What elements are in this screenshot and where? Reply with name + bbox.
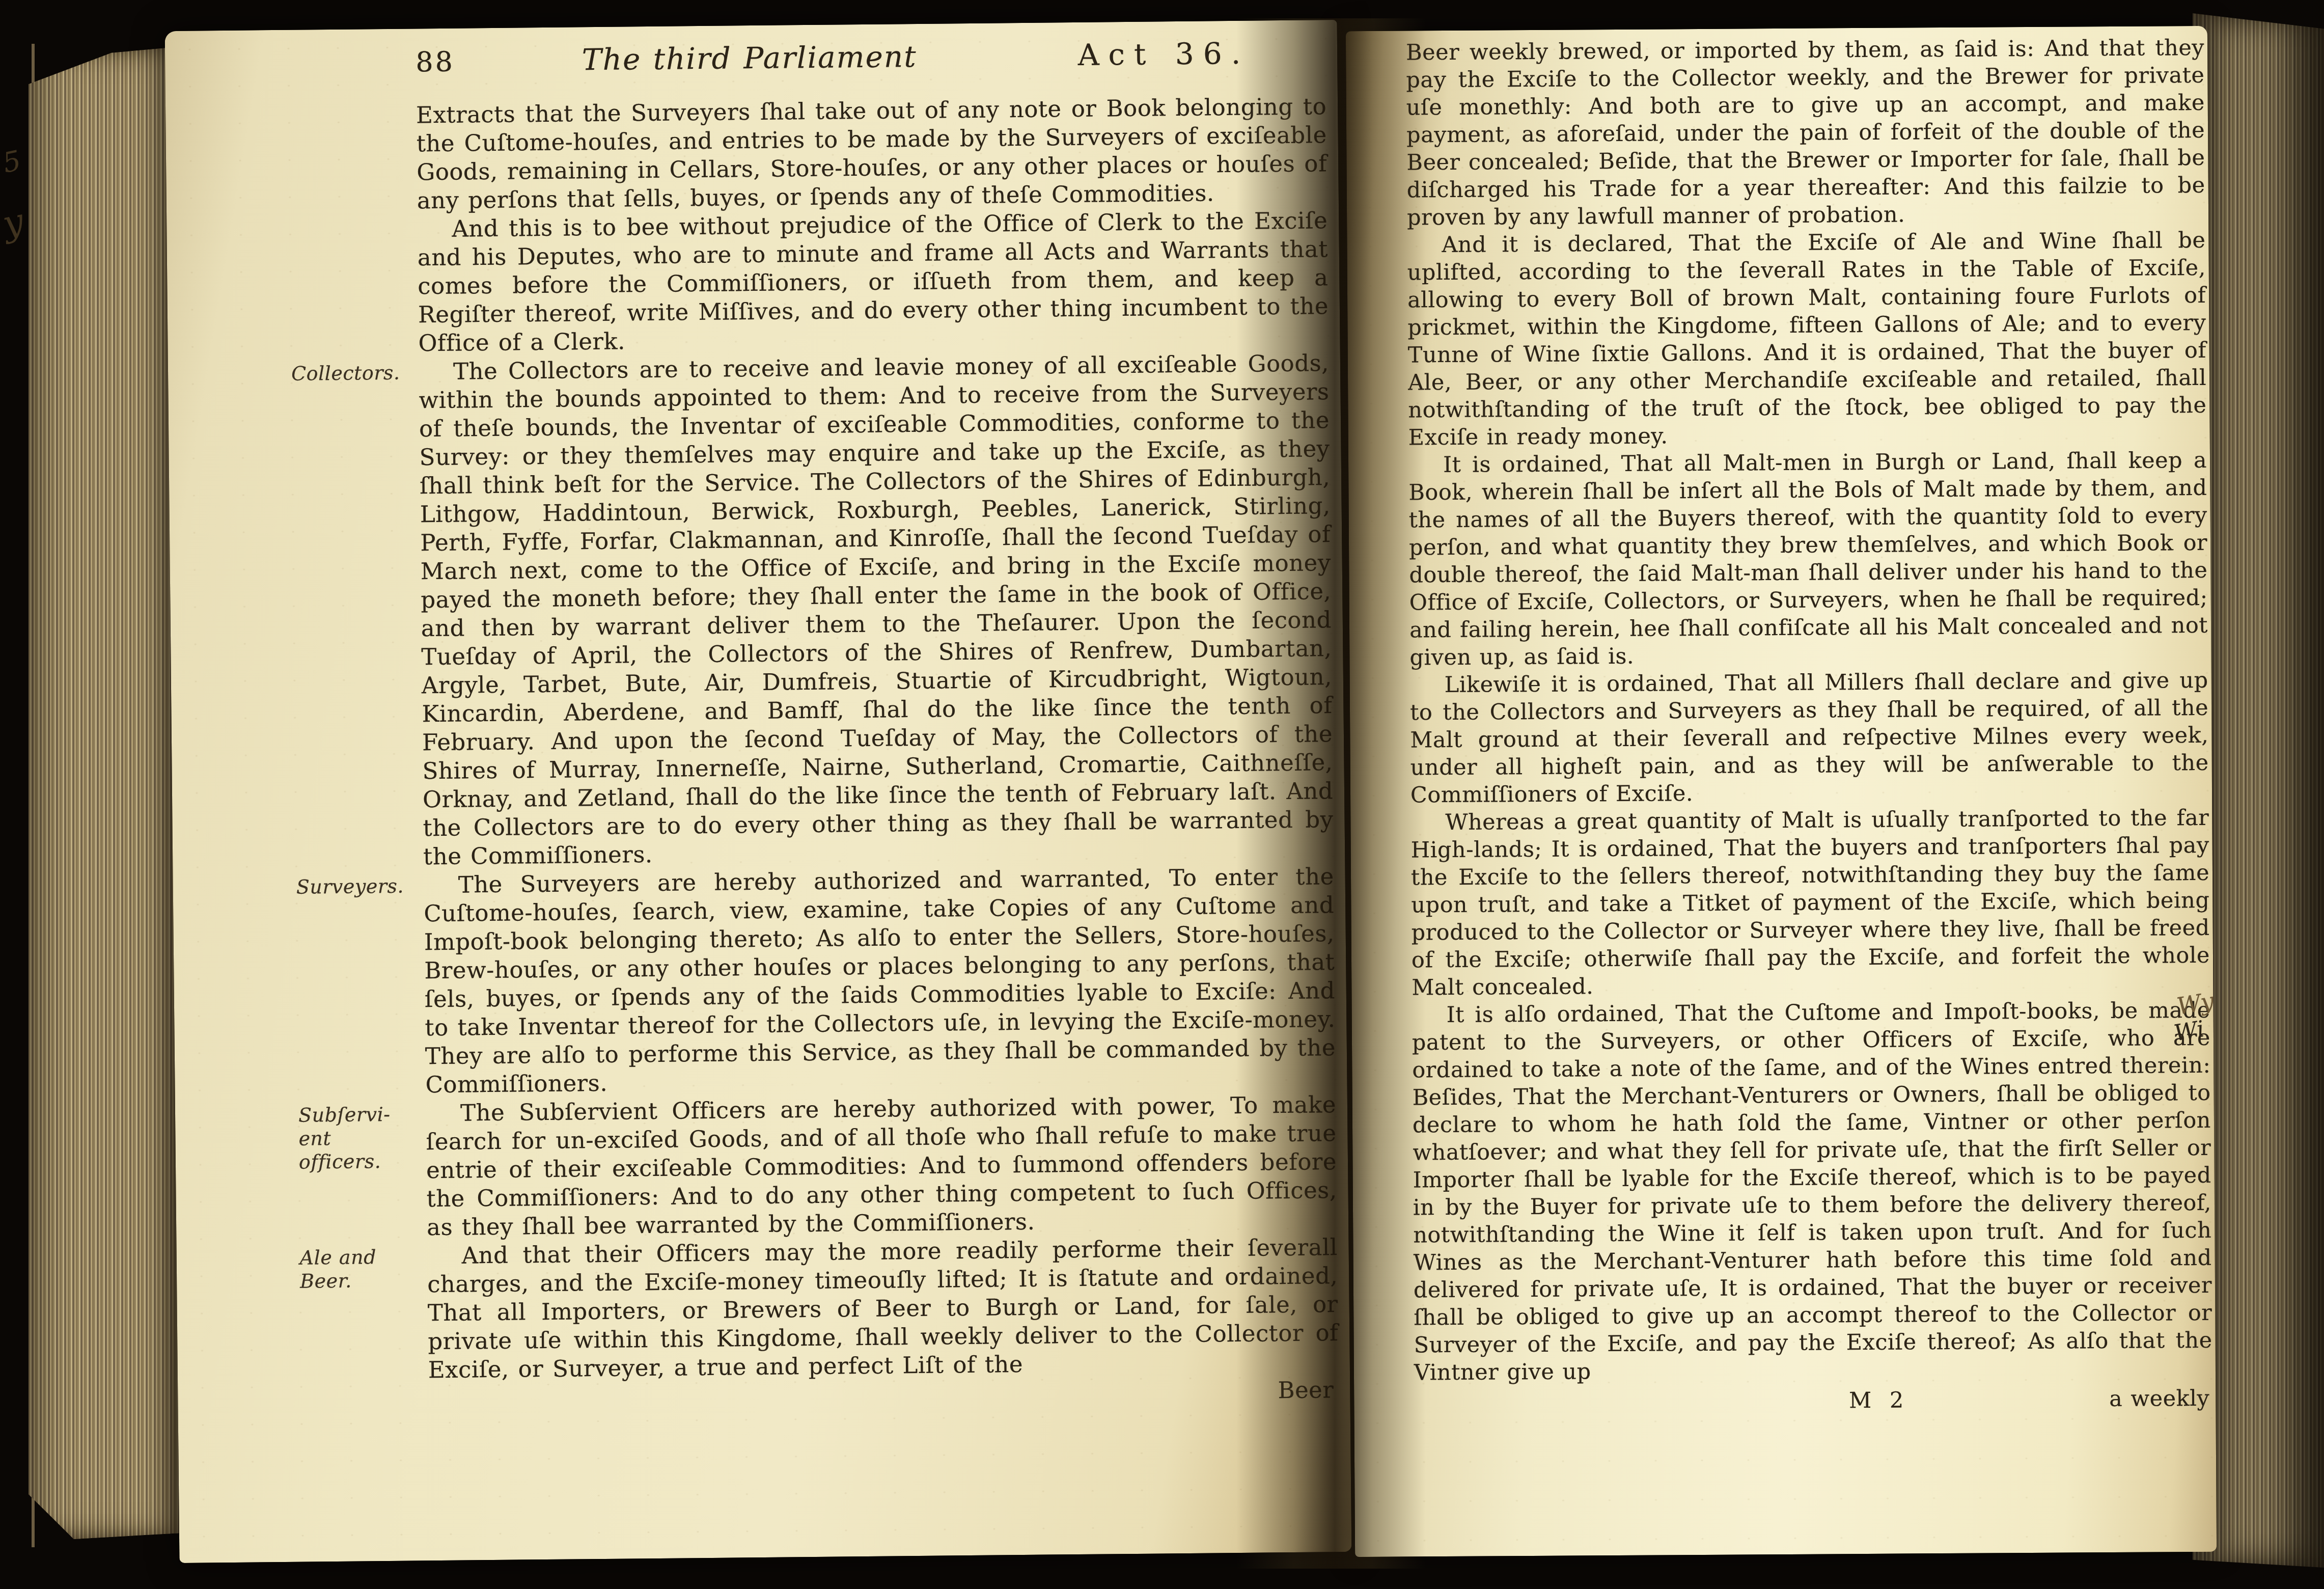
running-title: The third Parliament [582,42,917,74]
margin-note: Ale and Beer. [300,1245,415,1293]
handwritten-mark: 5 [0,144,24,179]
handwritten-mark: y [0,200,27,245]
paragraph: Likewiſe it is ordained, That all Miller… [1410,667,2209,809]
paragraph: Wyne Wi It is alſo ordained, That the Cu… [1412,997,2213,1387]
paragraph: Beer weekly brewed, or imported by them,… [1406,34,2205,232]
book-scan: 5 y 88 The third Parliament Act 36. Extr… [0,0,2324,1589]
paragraph: Subſervi- ent officers. The Subſervient … [426,1090,1338,1242]
paragraph-text: Extracts that the Surveyers ſhal take ou… [416,93,1327,214]
paragraph-text: The Collectors are to receive and leavie… [419,349,1333,870]
paragraph: Extracts that the Surveyers ſhal take ou… [416,92,1327,215]
paragraph: Whereas a great quantity of Malt is uſua… [1410,804,2210,1002]
catchword: a weekly [2109,1385,2212,1413]
paragraph: And it is declared, That the Exciſe of A… [1407,227,2207,452]
paragraph-text: The Surveyers are hereby authorized and … [424,863,1336,1098]
paragraph: It is ordained, That all Malt-men in Bur… [1408,447,2208,672]
margin-note: Subſervi- ent officers. [298,1103,413,1174]
right-page: Beer weekly brewed, or imported by them,… [1346,26,2217,1557]
paragraph: Surveyers. The Surveyers are hereby auth… [423,862,1336,1099]
paragraph-text: And this is to bee without prejudice of … [418,207,1329,357]
paragraph-text: Beer weekly brewed, or imported by them,… [1406,35,2205,231]
page-number: 88 [416,48,455,77]
paragraph-text: The Subſervient Officers are hereby auth… [426,1091,1337,1241]
page-header: 88 The third Parliament Act 36. [416,38,1326,76]
paragraph-text: It is ordained, That all Malt-men in Bur… [1408,448,2208,671]
margin-note: Surveyers. [296,874,411,899]
margin-note: Collectors. [291,361,406,386]
right-page-paragraphs: Beer weekly brewed, or imported by them,… [1406,34,2212,1387]
paragraph: Collectors. The Collectors are to receiv… [419,349,1334,871]
paragraph: And this is to bee without prejudice of … [417,206,1329,358]
paragraph: Ale and Beer. And that their Officers ma… [427,1233,1339,1384]
left-page: 88 The third Parliament Act 36. Extracts… [165,20,1352,1563]
signature-line: M 2 a weekly [1414,1385,2212,1417]
left-page-paragraphs: Extracts that the Surveyers ſhal take ou… [416,92,1339,1384]
paragraph-text: And it is declared, That the Exciſe of A… [1407,228,2207,451]
paragraph-text: It is alſo ordained, That the Cuſtome an… [1412,998,2212,1386]
paragraph-text: Likewiſe it is ordained, That all Miller… [1410,668,2209,808]
paragraph-text: Whereas a great quantity of Malt is uſua… [1411,805,2210,1001]
signature-mark: M 2 [1849,1386,1908,1414]
left-page-stack-fore-edge [29,47,179,1539]
left-page-text-column: 88 The third Parliament Act 36. Extracts… [416,38,1339,1413]
act-label: Act 36. [1078,39,1250,69]
right-page-text-column: Beer weekly brewed, or imported by them,… [1406,34,2213,1417]
paragraph-text: And that their Officers may the more rea… [427,1234,1339,1383]
